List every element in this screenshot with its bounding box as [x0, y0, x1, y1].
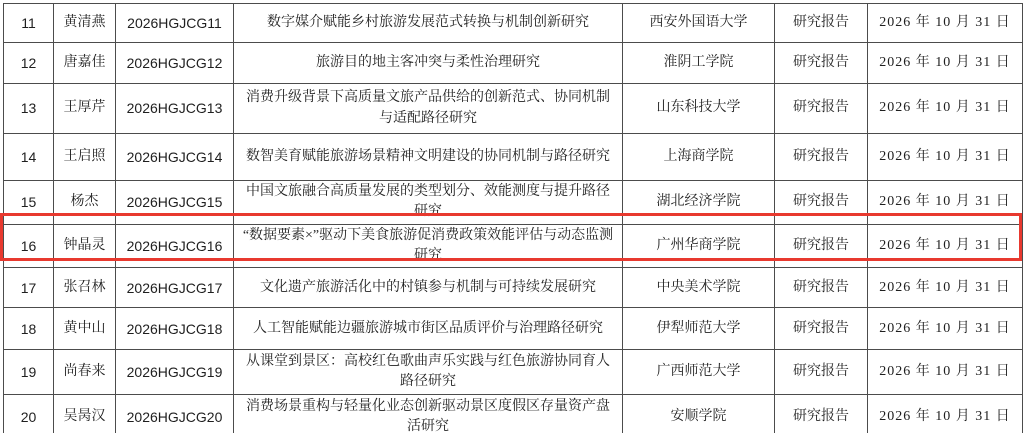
cell-due-date: 2026 年 10 月 31 日 — [868, 224, 1023, 268]
cell-project-code: 2026HGJCG15 — [116, 181, 234, 225]
cell-project-code: 2026HGJCG16 — [116, 224, 234, 268]
cell-person-name: 钟晶灵 — [54, 224, 116, 268]
table-row: 19 尚春来 2026HGJCG19 从课堂到景区：高校红色歌曲声乐实践与红色旅… — [4, 350, 1023, 395]
cell-due-date: 2026 年 10 月 31 日 — [868, 395, 1023, 433]
cell-row-number: 12 — [4, 43, 54, 84]
cell-project-title: 消费场景重构与轻量化业态创新驱动景区度假区存量资产盘活研究 — [234, 395, 623, 433]
cell-row-number: 17 — [4, 268, 54, 308]
cell-report-type: 研究报告 — [775, 43, 868, 84]
table-row: 18 黄中山 2026HGJCG18 人工智能赋能边疆旅游城市街区品质评价与治理… — [4, 308, 1023, 350]
cell-due-date: 2026 年 10 月 31 日 — [868, 268, 1023, 308]
cell-project-title: 旅游目的地主客冲突与柔性治理研究 — [234, 43, 623, 84]
table-row: 12 唐嘉佳 2026HGJCG12 旅游目的地主客冲突与柔性治理研究 淮阴工学… — [4, 43, 1023, 84]
cell-institution: 伊犁师范大学 — [623, 308, 775, 350]
cell-report-type: 研究报告 — [775, 224, 868, 268]
cell-report-type: 研究报告 — [775, 181, 868, 225]
cell-row-number: 19 — [4, 350, 54, 395]
cell-project-title: 数智美育赋能旅游场景精神文明建设的协同机制与路径研究 — [234, 134, 623, 181]
table-row: 15 杨杰 2026HGJCG15 中国文旅融合高质量发展的类型划分、效能测度与… — [4, 181, 1023, 225]
cell-project-code: 2026HGJCG12 — [116, 43, 234, 84]
document-page: 11 黄清燕 2026HGJCG11 数字媒介赋能乡村旅游发展范式转换与机制创新… — [0, 0, 1024, 433]
table-row-highlighted: 16 钟晶灵 2026HGJCG16 “数据要素×”驱动下美食旅游促消费政策效能… — [4, 224, 1023, 268]
cell-report-type: 研究报告 — [775, 84, 868, 134]
cell-project-code: 2026HGJCG18 — [116, 308, 234, 350]
cell-institution: 广西师范大学 — [623, 350, 775, 395]
cell-row-number: 13 — [4, 84, 54, 134]
table-row: 13 王厚芹 2026HGJCG13 消费升级背景下高质量文旅产品供给的创新范式… — [4, 84, 1023, 134]
table-row: 20 吴昺汉 2026HGJCG20 消费场景重构与轻量化业态创新驱动景区度假区… — [4, 395, 1023, 433]
table-row: 17 张召林 2026HGJCG17 文化遗产旅游活化中的村镇参与机制与可持续发… — [4, 268, 1023, 308]
cell-person-name: 黄清燕 — [54, 4, 116, 43]
cell-person-name: 黄中山 — [54, 308, 116, 350]
table-row: 11 黄清燕 2026HGJCG11 数字媒介赋能乡村旅游发展范式转换与机制创新… — [4, 4, 1023, 43]
cell-project-code: 2026HGJCG14 — [116, 134, 234, 181]
cell-row-number: 14 — [4, 134, 54, 181]
cell-row-number: 18 — [4, 308, 54, 350]
cell-due-date: 2026 年 10 月 31 日 — [868, 43, 1023, 84]
cell-due-date: 2026 年 10 月 31 日 — [868, 4, 1023, 43]
cell-due-date: 2026 年 10 月 31 日 — [868, 181, 1023, 225]
cell-report-type: 研究报告 — [775, 308, 868, 350]
project-table: 11 黄清燕 2026HGJCG11 数字媒介赋能乡村旅游发展范式转换与机制创新… — [3, 3, 1023, 433]
cell-project-code: 2026HGJCG13 — [116, 84, 234, 134]
cell-project-title: 文化遗产旅游活化中的村镇参与机制与可持续发展研究 — [234, 268, 623, 308]
cell-person-name: 杨杰 — [54, 181, 116, 225]
cell-report-type: 研究报告 — [775, 4, 868, 43]
cell-due-date: 2026 年 10 月 31 日 — [868, 84, 1023, 134]
cell-due-date: 2026 年 10 月 31 日 — [868, 350, 1023, 395]
cell-project-title: 数字媒介赋能乡村旅游发展范式转换与机制创新研究 — [234, 4, 623, 43]
cell-row-number: 20 — [4, 395, 54, 433]
cell-institution: 西安外国语大学 — [623, 4, 775, 43]
cell-project-code: 2026HGJCG11 — [116, 4, 234, 43]
table-row: 14 王启照 2026HGJCG14 数智美育赋能旅游场景精神文明建设的协同机制… — [4, 134, 1023, 181]
cell-person-name: 尚春来 — [54, 350, 116, 395]
cell-person-name: 吴昺汉 — [54, 395, 116, 433]
cell-due-date: 2026 年 10 月 31 日 — [868, 308, 1023, 350]
cell-institution: 淮阴工学院 — [623, 43, 775, 84]
cell-project-title: 从课堂到景区：高校红色歌曲声乐实践与红色旅游协同育人路径研究 — [234, 350, 623, 395]
cell-project-title: “数据要素×”驱动下美食旅游促消费政策效能评估与动态监测研究 — [234, 224, 623, 268]
cell-institution: 安顺学院 — [623, 395, 775, 433]
cell-report-type: 研究报告 — [775, 268, 868, 308]
cell-project-code: 2026HGJCG20 — [116, 395, 234, 433]
cell-person-name: 王启照 — [54, 134, 116, 181]
cell-person-name: 王厚芹 — [54, 84, 116, 134]
cell-row-number: 16 — [4, 224, 54, 268]
cell-row-number: 15 — [4, 181, 54, 225]
cell-person-name: 唐嘉佳 — [54, 43, 116, 84]
cell-report-type: 研究报告 — [775, 134, 868, 181]
cell-report-type: 研究报告 — [775, 350, 868, 395]
cell-project-title: 消费升级背景下高质量文旅产品供给的创新范式、协同机制与适配路径研究 — [234, 84, 623, 134]
cell-project-code: 2026HGJCG19 — [116, 350, 234, 395]
cell-row-number: 11 — [4, 4, 54, 43]
cell-institution: 湖北经济学院 — [623, 181, 775, 225]
cell-project-title: 中国文旅融合高质量发展的类型划分、效能测度与提升路径研究 — [234, 181, 623, 225]
cell-institution: 山东科技大学 — [623, 84, 775, 134]
cell-project-code: 2026HGJCG17 — [116, 268, 234, 308]
cell-person-name: 张召林 — [54, 268, 116, 308]
project-table-body: 11 黄清燕 2026HGJCG11 数字媒介赋能乡村旅游发展范式转换与机制创新… — [4, 4, 1023, 433]
cell-due-date: 2026 年 10 月 31 日 — [868, 134, 1023, 181]
cell-institution: 上海商学院 — [623, 134, 775, 181]
cell-institution: 中央美术学院 — [623, 268, 775, 308]
cell-project-title: 人工智能赋能边疆旅游城市街区品质评价与治理路径研究 — [234, 308, 623, 350]
cell-report-type: 研究报告 — [775, 395, 868, 433]
cell-institution: 广州华商学院 — [623, 224, 775, 268]
